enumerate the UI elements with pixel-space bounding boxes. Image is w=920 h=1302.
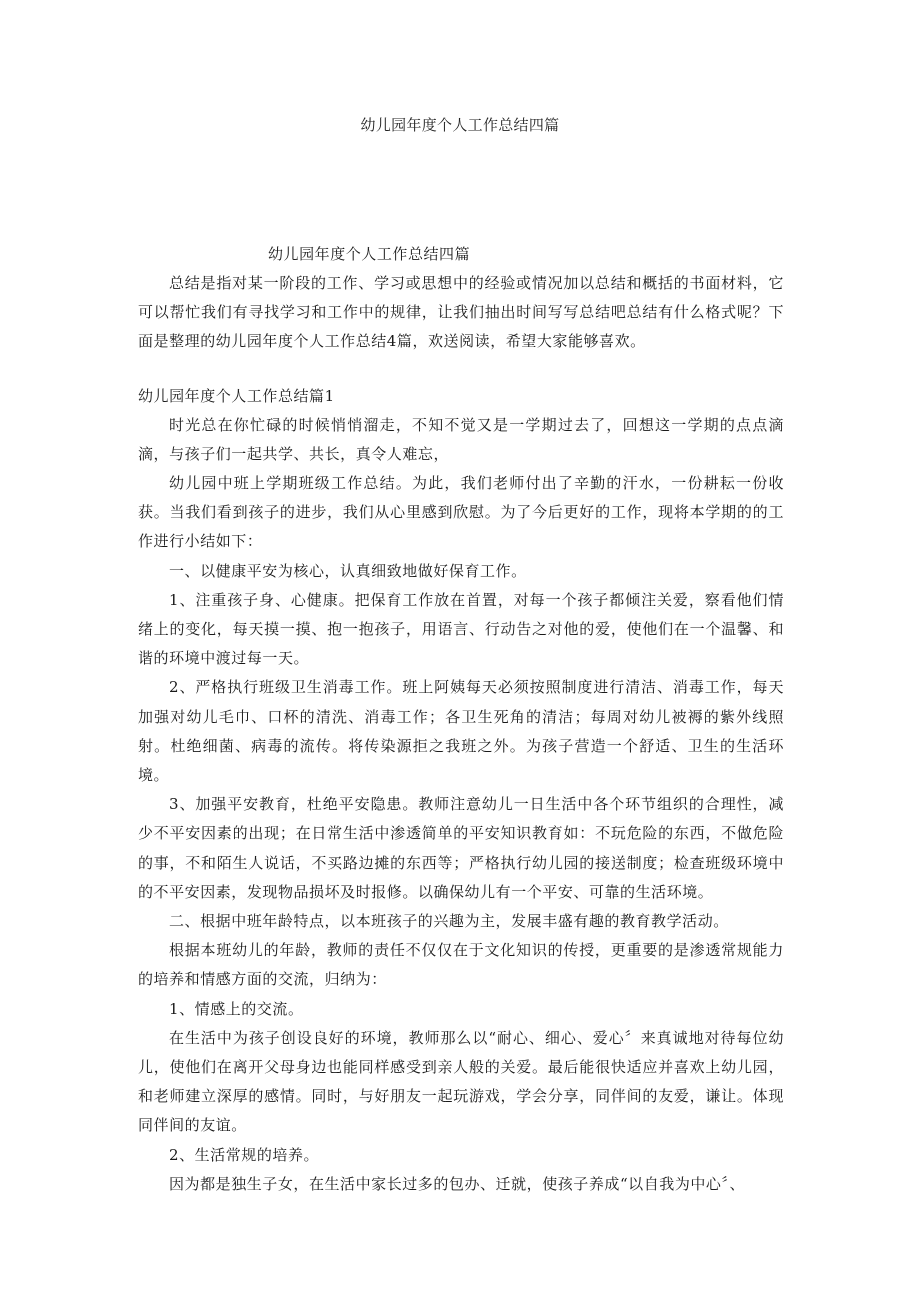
document-title: 幼儿园年度个人工作总结四篇 (138, 240, 784, 269)
page-header: 幼儿园年度个人工作总结四篇 (0, 114, 920, 136)
paragraph: 1、注重孩子身、心健康。把保育工作放在首置，对每一个孩子都倾注关爱，察看他们情绪… (138, 586, 784, 674)
paragraph: 2、严格执行班级卫生消毒工作。班上阿姨每天必须按照制度进行清洁、消毒工作，每天加… (138, 673, 784, 790)
section-heading: 幼儿园年度个人工作总结篇1 (138, 382, 784, 411)
spacer (138, 357, 784, 382)
document-body: 幼儿园年度个人工作总结四篇 总结是指对某一阶段的工作、学习或思想中的经验或情况加… (138, 240, 784, 1199)
subheading: 1、情感上的交流。 (138, 995, 784, 1024)
paragraph: 3、加强平安教育，杜绝平安隐患。教师注意幼儿一日生活中各个环节组织的合理性，减少… (138, 790, 784, 907)
subheading: 一、以健康平安为核心，认真细致地做好保育工作。 (138, 557, 784, 586)
intro-paragraph: 总结是指对某一阶段的工作、学习或思想中的经验或情况加以总结和概括的书面材料，它可… (138, 269, 784, 357)
subheading: 2、生活常规的培养。 (138, 1141, 784, 1170)
paragraph: 在生活中为孩子创设良好的环境，教师那么以“耐心、细心、爱心〞来真诚地对待每位幼儿… (138, 1024, 784, 1141)
paragraph: 幼儿园中班上学期班级工作总结。为此，我们老师付出了辛勤的汗水，一份耕耘一份收获。… (138, 469, 784, 557)
paragraph: 时光总在你忙碌的时候悄悄溜走，不知不觉又是一学期过去了，回想这一学期的点点滴滴，… (138, 411, 784, 469)
subheading: 二、根据中班年龄特点，以本班孩子的兴趣为主，发展丰盛有趣的教育教学活动。 (138, 907, 784, 936)
paragraph: 根据本班幼儿的年龄，教师的责任不仅仅在于文化知识的传授，更重要的是渗透常规能力的… (138, 936, 784, 994)
paragraph: 因为都是独生子女，在生活中家长过多的包办、迁就，使孩子养成“以自我为中心〞、 (138, 1170, 784, 1199)
